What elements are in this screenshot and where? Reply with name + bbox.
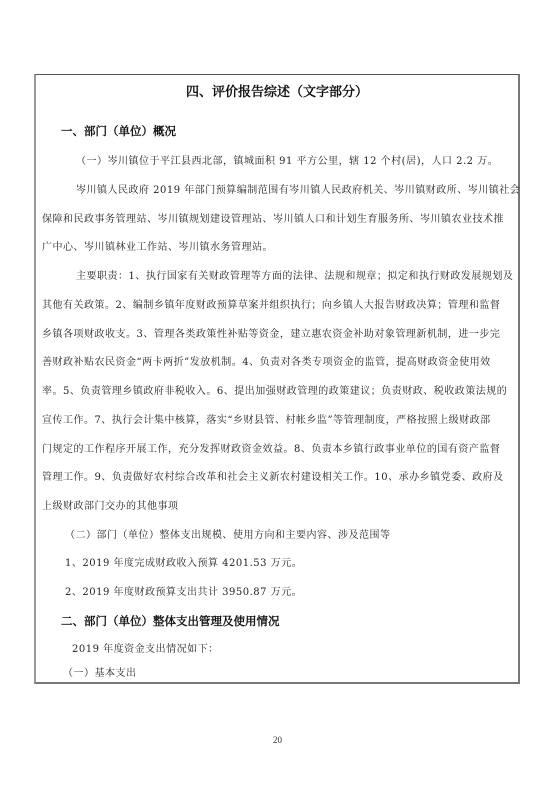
section-heading-2: 二、部门（单位）整体支出管理及使用情况 (61, 613, 280, 629)
paragraph-line: 2019 年度资金支出情况如下： (72, 643, 219, 657)
report-frame: 四、评价报告综述（文字部分） 一、部门（单位）概况 （一）岑川镇位于平江县西北部… (34, 74, 520, 684)
paragraph-line: 上级财政部门交办的其他事项 (42, 500, 179, 514)
paragraph-line: 门规定的工作程序开展工作，充分发挥财政资金效益。8、负责本乡镇行政事业单位的国有… (42, 443, 500, 457)
paragraph-line: 2、2019 年度财政预算支出共计 3950.87 万元。 (65, 586, 302, 600)
paragraph-line: 乡镇各项财政收支。3、管理各类政策性补贴等资金，建立惠农资金补助对象管理新机制，… (42, 328, 500, 342)
paragraph-line: 管理工作。9、负责做好农村综合改革和社会主义新农村建设相关工作。10、承办乡镇党… (42, 471, 504, 485)
page-number: 20 (0, 735, 555, 745)
paragraph-line: （二）部门（单位）整体支出规模、使用方向和主要内容、涉及范围等 (65, 529, 391, 543)
paragraph-line: 1、2019 年度完成财政收入预算 4201.53 万元。 (65, 557, 302, 571)
paragraph-line: 主要职责：1、执行国家有关财政管理等方面的法律、法规和规章；拟定和执行财政发展规… (76, 270, 513, 284)
paragraph-line: （一）岑川镇位于平江县西北部，镇城面积 91 平方公里，辖 12 个村(居)，人… (76, 155, 498, 169)
paragraph-line: 宣传工作。7、执行会计集中核算，落实“乡财县管、村帐乡监”等管理制度，严格按照上… (42, 414, 491, 428)
page-title: 四、评价报告综述（文字部分） (36, 81, 518, 100)
paragraph-line: 广中心、岑川镇林业工作站、岑川镇水务管理站。 (42, 241, 273, 255)
paragraph-line: 善财政补贴农民资金“两卡两折”发放机制。4、负责对各类专项资金的监管，提高财政资… (42, 356, 491, 370)
paragraph-line: （一）基本支出 (63, 667, 137, 681)
paragraph-line: 保障和民政事务管理站、岑川镇规划建设管理站、岑川镇人口和计划生育服务所、岑川镇农… (42, 213, 504, 227)
paragraph-line: 岑川镇人民政府 2019 年部门预算编制范围有岑川镇人民政府机关、岑川镇财政所、… (76, 184, 520, 198)
section-heading-1: 一、部门（单位）概况 (61, 123, 176, 139)
paragraph-line: 率。5、负责管理乡镇政府非税收入。6、提出加强财政管理的政策建议；负责财政、税收… (42, 385, 507, 399)
paragraph-line: 其他有关政策。2、编制乡镇年度财政预算草案并组织执行；向乡镇人大报告财政决算；管… (42, 299, 500, 313)
